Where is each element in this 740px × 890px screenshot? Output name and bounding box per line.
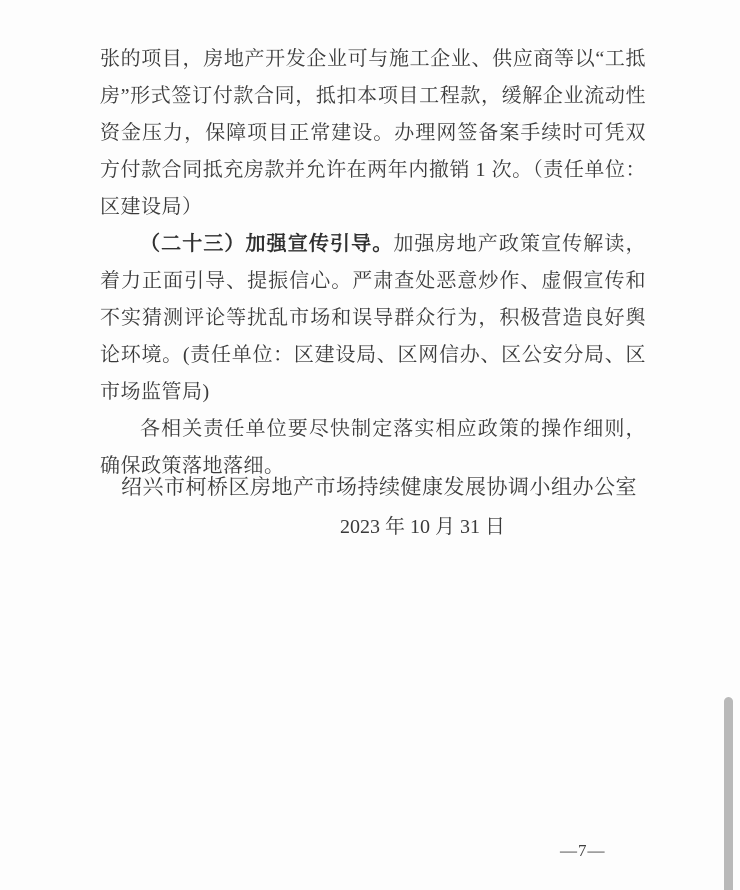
page-number: —7— [560,840,606,862]
paragraph: （二十三）加强宣传引导。加强房地产政策宣传解读，着力正面引导、提振信心。严肃查处… [100,226,646,411]
signature-date: 2023 年 10 月 31 日 [340,513,495,541]
document-body: 张的项目，房地产开发企业可与施工企业、供应商等以“工抵房”形式签订付款合同，抵扣… [100,41,646,485]
paragraph-text: 张的项目，房地产开发企业可与施工企业、供应商等以“工抵房”形式签订付款合同，抵扣… [100,48,646,218]
paragraph: 张的项目，房地产开发企业可与施工企业、供应商等以“工抵房”形式签订付款合同，抵扣… [100,41,646,226]
paragraph-text: 各相关责任单位要尽快制定落实相应政策的操作细则，确保政策落地落细。 [100,418,646,477]
signature-organization: 绍兴市柯桥区房地产市场持续健康发展协调小组办公室 [100,472,637,502]
paragraph-bold-lead: （二十三）加强宣传引导。 [140,233,393,255]
paragraph-text: 加强房地产政策宣传解读，着力正面引导、提振信心。严肃查处恶意炒作、虚假宣传和不实… [100,233,646,403]
scrollbar-thumb[interactable] [724,697,733,890]
document-page: 张的项目，房地产开发企业可与施工企业、供应商等以“工抵房”形式签订付款合同，抵扣… [0,0,740,890]
